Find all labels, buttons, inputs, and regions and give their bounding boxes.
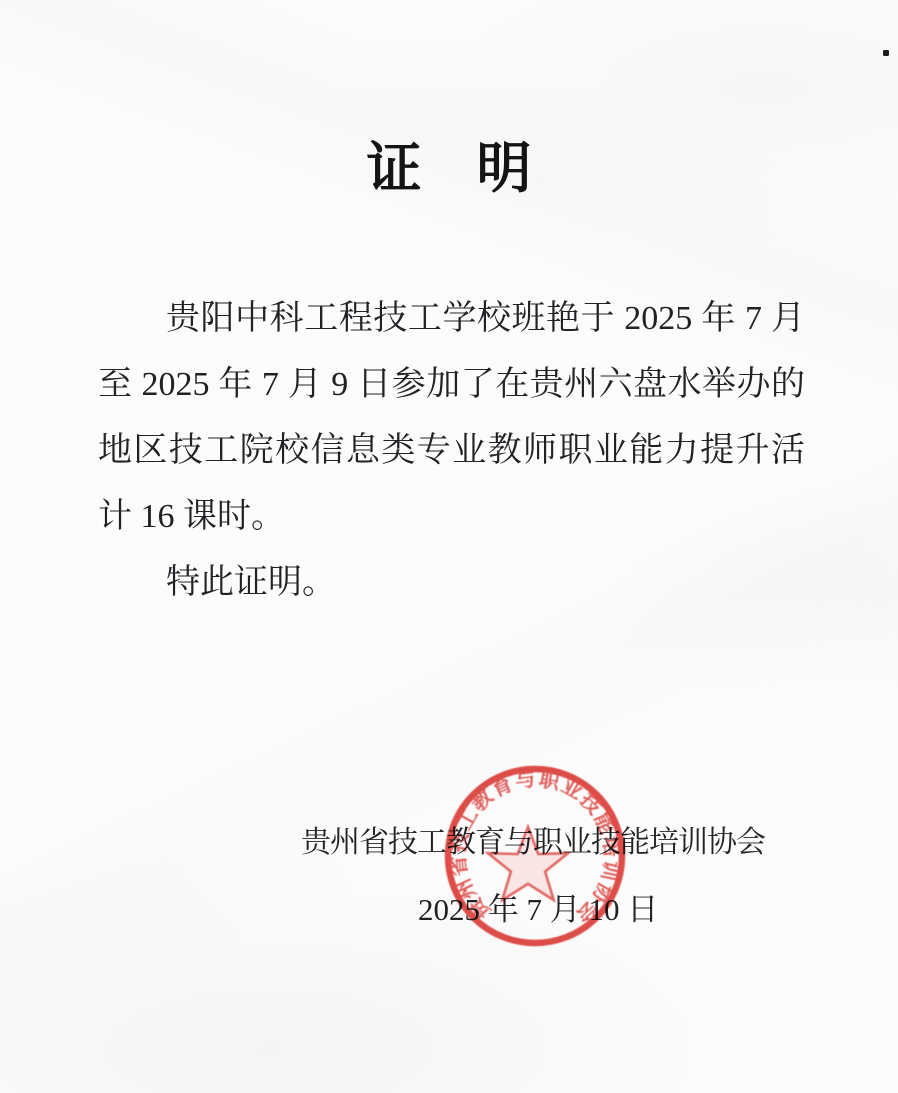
ink-speck [883, 50, 889, 56]
certificate-body: 贵阳中科工程技工学校班艳于 2025 年 7 月 8 日 至 2025 年 7 … [98, 286, 805, 616]
body-line-2: 至 2025 年 7 月 9 日参加了在贵州六盘水举办的部分 [98, 352, 805, 418]
body-line-5: 特此证明。 [98, 550, 805, 616]
body-line-1: 贵阳中科工程技工学校班艳于 2025 年 7 月 8 日 [98, 286, 805, 352]
body-line-3: 地区技工院校信息类专业教师职业能力提升活动，共 [98, 418, 805, 484]
issue-date: 2025 年 7 月 10 日 [418, 884, 658, 929]
document-title: 证 明 [0, 124, 898, 203]
body-line-4: 计 16 课时。 [98, 484, 805, 550]
issuer-signature: 贵州省技工教育与职业技能培训协会 [301, 817, 765, 861]
certificate-page: 证 明 贵阳中科工程技工学校班艳于 2025 年 7 月 8 日 至 2025 … [0, 0, 898, 1093]
